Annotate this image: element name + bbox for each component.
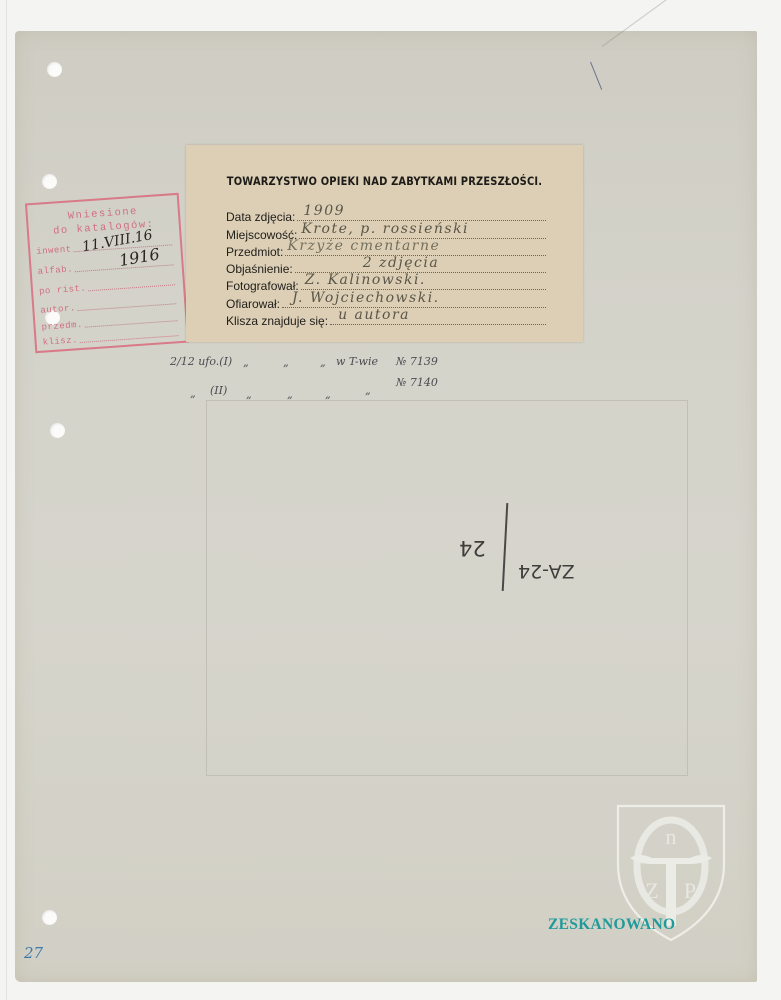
stamp-field-label: inwent [36, 244, 72, 256]
scan-margin [6, 0, 7, 1000]
inverted-note-number: 24 [459, 536, 486, 560]
ditto-mark: „ [325, 388, 331, 401]
note-line2-number: № 7140 [396, 376, 438, 389]
punch-hole [42, 910, 57, 925]
note-line2-roman: (II) [210, 384, 227, 397]
ditto-mark: „ [320, 356, 326, 369]
ditto-mark: „ [190, 387, 196, 400]
photo-mount-outline [206, 400, 688, 776]
field-value-donor: J. Wojciechowski. [292, 291, 440, 305]
field-value-description: 2 zdjęcia [363, 256, 440, 270]
field-value-date: 1909 [303, 204, 345, 218]
note-line1-number: № 7139 [396, 355, 438, 368]
note-line1-prefix: 2/12 ufo.(I) [170, 355, 232, 368]
stamp-row-rist: po rist. [39, 277, 175, 296]
stamp-field-label: autor. [40, 303, 76, 315]
field-value-subject: Krzyże cmentarne [287, 239, 440, 253]
field-label: Ofiarował: [226, 297, 282, 311]
punch-hole [47, 62, 62, 77]
field-value-photographer: Z. Kalinowski. [305, 273, 426, 287]
scanned-stamp: ZESKANOWANO [548, 916, 675, 934]
society-label: TOWARZYSTWO OPIEKI NAD ZABYTKAMI PRZESZŁ… [186, 145, 583, 342]
corner-page-number: 27 [24, 944, 43, 962]
stamp-field-label: przedm. [41, 320, 83, 333]
stamp-field-label: alfab. [37, 264, 73, 276]
punch-hole [50, 423, 65, 438]
field-value-place: Krote, p. rossieński [301, 222, 469, 236]
ditto-mark: „ [287, 388, 293, 401]
field-label: Data zdjęcia: [226, 210, 297, 224]
field-label: Objaśnienie: [226, 262, 295, 276]
inverted-note-code: ZA-24 [518, 560, 575, 582]
svg-text:Z: Z [645, 878, 658, 903]
field-label: Klisza znajduje się: [226, 314, 330, 328]
stamp-row-autor: autor. [40, 296, 176, 315]
field-label: Przedmiot: [226, 245, 285, 259]
ditto-mark: „ [283, 356, 289, 369]
ditto-mark: „ [365, 384, 371, 397]
label-row-negative: Klisza znajduje się: u autora [226, 311, 546, 328]
field-value-negative: u autora [338, 308, 410, 322]
ditto-mark: „ [246, 388, 252, 401]
stamp-field-label: po rist. [39, 283, 87, 296]
catalog-stamp: Wniesione do katalogów: inwent alfab. po… [25, 193, 189, 353]
label-title: TOWARZYSTWO OPIEKI NAD ZABYTKAMI PRZESZŁ… [214, 174, 555, 188]
field-label: Fotografował: [226, 279, 301, 293]
svg-text:n: n [666, 824, 677, 849]
stamp-field-label: klisz. [42, 335, 78, 347]
punch-hole [42, 174, 57, 189]
note-line1-text: w T-wie [336, 355, 378, 368]
svg-text:P: P [684, 878, 696, 903]
ditto-mark: „ [243, 356, 249, 369]
